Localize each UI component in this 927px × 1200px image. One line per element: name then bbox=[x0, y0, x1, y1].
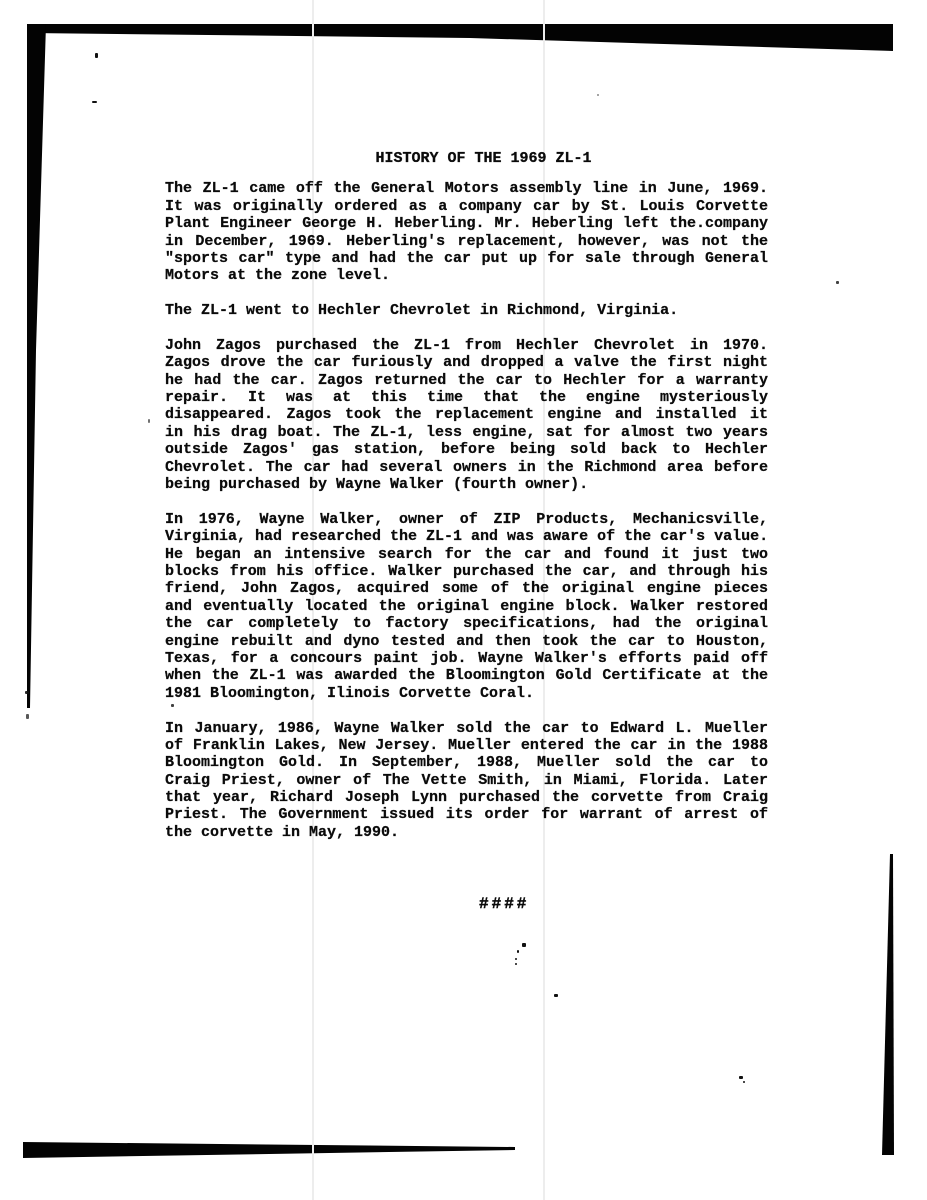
ink-speck bbox=[92, 101, 97, 103]
paragraph: In January, 1986, Wayne Walker sold the … bbox=[165, 720, 768, 842]
text-line: that year, Richard Joseph Lynn purchased… bbox=[165, 789, 768, 806]
scan-artifact-right-bar bbox=[882, 854, 894, 1155]
text-line: and eventually located the original engi… bbox=[165, 598, 768, 615]
ink-speck bbox=[26, 714, 29, 719]
text-line: He began an intensive search for the car… bbox=[165, 546, 768, 563]
ink-speck bbox=[739, 1076, 743, 1079]
paragraph: The ZL-1 came off the General Motors ass… bbox=[165, 180, 768, 284]
text-line: in his drag boat. The ZL-1, less engine,… bbox=[165, 424, 768, 441]
document-body: HISTORY OF THE 1969 ZL-1 The ZL-1 came o… bbox=[165, 150, 768, 859]
text-line: disappeared. Zagos took the replacement … bbox=[165, 406, 768, 423]
ink-speck bbox=[25, 691, 29, 694]
text-line: Plant Engineer George H. Heberling. Mr. … bbox=[165, 215, 768, 232]
text-line: the car completely to factory specificat… bbox=[165, 615, 768, 632]
text-line: engine rebuilt and dyno tested and then … bbox=[165, 633, 768, 650]
scanned-document-page: HISTORY OF THE 1969 ZL-1 The ZL-1 came o… bbox=[0, 0, 927, 1200]
document-title: HISTORY OF THE 1969 ZL-1 bbox=[165, 150, 768, 167]
end-mark: #### bbox=[479, 895, 529, 913]
text-line: Bloomington Gold. In September, 1988, Mu… bbox=[165, 754, 768, 771]
text-line: outside Zagos' gas station, before being… bbox=[165, 441, 768, 458]
text-line: Texas, for a concours paint job. Wayne W… bbox=[165, 650, 768, 667]
text-line: The ZL-1 came off the General Motors ass… bbox=[165, 180, 768, 197]
text-line: friend, John Zagos, acquired some of the… bbox=[165, 580, 768, 597]
text-line: It was originally ordered as a company c… bbox=[165, 198, 768, 215]
text-line: "sports car" type and had the car put up… bbox=[165, 250, 768, 267]
text-line: Chevrolet. The car had several owners in… bbox=[165, 459, 768, 476]
ink-speck bbox=[597, 94, 599, 96]
ink-speck bbox=[148, 419, 150, 423]
ink-speck bbox=[515, 958, 517, 960]
text-line: Craig Priest, owner of The Vette Smith, … bbox=[165, 772, 768, 789]
text-line: being purchased by Wayne Walker (fourth … bbox=[165, 476, 768, 493]
text-line: when the ZL-1 was awarded the Bloomingto… bbox=[165, 667, 768, 684]
scan-artifact-bottom-bar bbox=[23, 1142, 515, 1158]
scan-artifact-left-bar bbox=[27, 24, 46, 708]
text-line: Zagos drove the car furiously and droppe… bbox=[165, 354, 768, 371]
text-line: In 1976, Wayne Walker, owner of ZIP Prod… bbox=[165, 511, 768, 528]
text-line: 1981 Bloomington, Ilinois Corvette Coral… bbox=[165, 685, 768, 702]
text-line: repair. It was at this time that the eng… bbox=[165, 389, 768, 406]
text-line: In January, 1986, Wayne Walker sold the … bbox=[165, 720, 768, 737]
ink-speck bbox=[95, 53, 98, 58]
ink-speck bbox=[743, 1081, 745, 1083]
paragraph-list: The ZL-1 came off the General Motors ass… bbox=[165, 180, 768, 841]
text-line: Motors at the zone level. bbox=[165, 267, 768, 284]
text-line: in December, 1969. Heberling's replaceme… bbox=[165, 233, 768, 250]
ink-speck bbox=[515, 963, 517, 965]
paragraph: The ZL-1 went to Hechler Chevrolet in Ri… bbox=[165, 302, 768, 319]
paragraph: In 1976, Wayne Walker, owner of ZIP Prod… bbox=[165, 511, 768, 702]
ink-speck bbox=[522, 943, 526, 947]
text-line: Priest. The Government issued its order … bbox=[165, 806, 768, 823]
text-line: of Franklin Lakes, New Jersey. Mueller e… bbox=[165, 737, 768, 754]
ink-speck bbox=[517, 950, 519, 953]
text-line: John Zagos purchased the ZL-1 from Hechl… bbox=[165, 337, 768, 354]
ink-speck bbox=[836, 281, 839, 284]
text-line: he had the car. Zagos returned the car t… bbox=[165, 372, 768, 389]
scan-artifact-top-bar bbox=[29, 24, 893, 51]
text-line: Virginia, had researched the ZL-1 and wa… bbox=[165, 528, 768, 545]
text-line: blocks from his office. Walker purchased… bbox=[165, 563, 768, 580]
ink-speck bbox=[554, 994, 558, 997]
paragraph: John Zagos purchased the ZL-1 from Hechl… bbox=[165, 337, 768, 494]
text-line: The ZL-1 went to Hechler Chevrolet in Ri… bbox=[165, 302, 768, 319]
text-line: the corvette in May, 1990. bbox=[165, 824, 768, 841]
